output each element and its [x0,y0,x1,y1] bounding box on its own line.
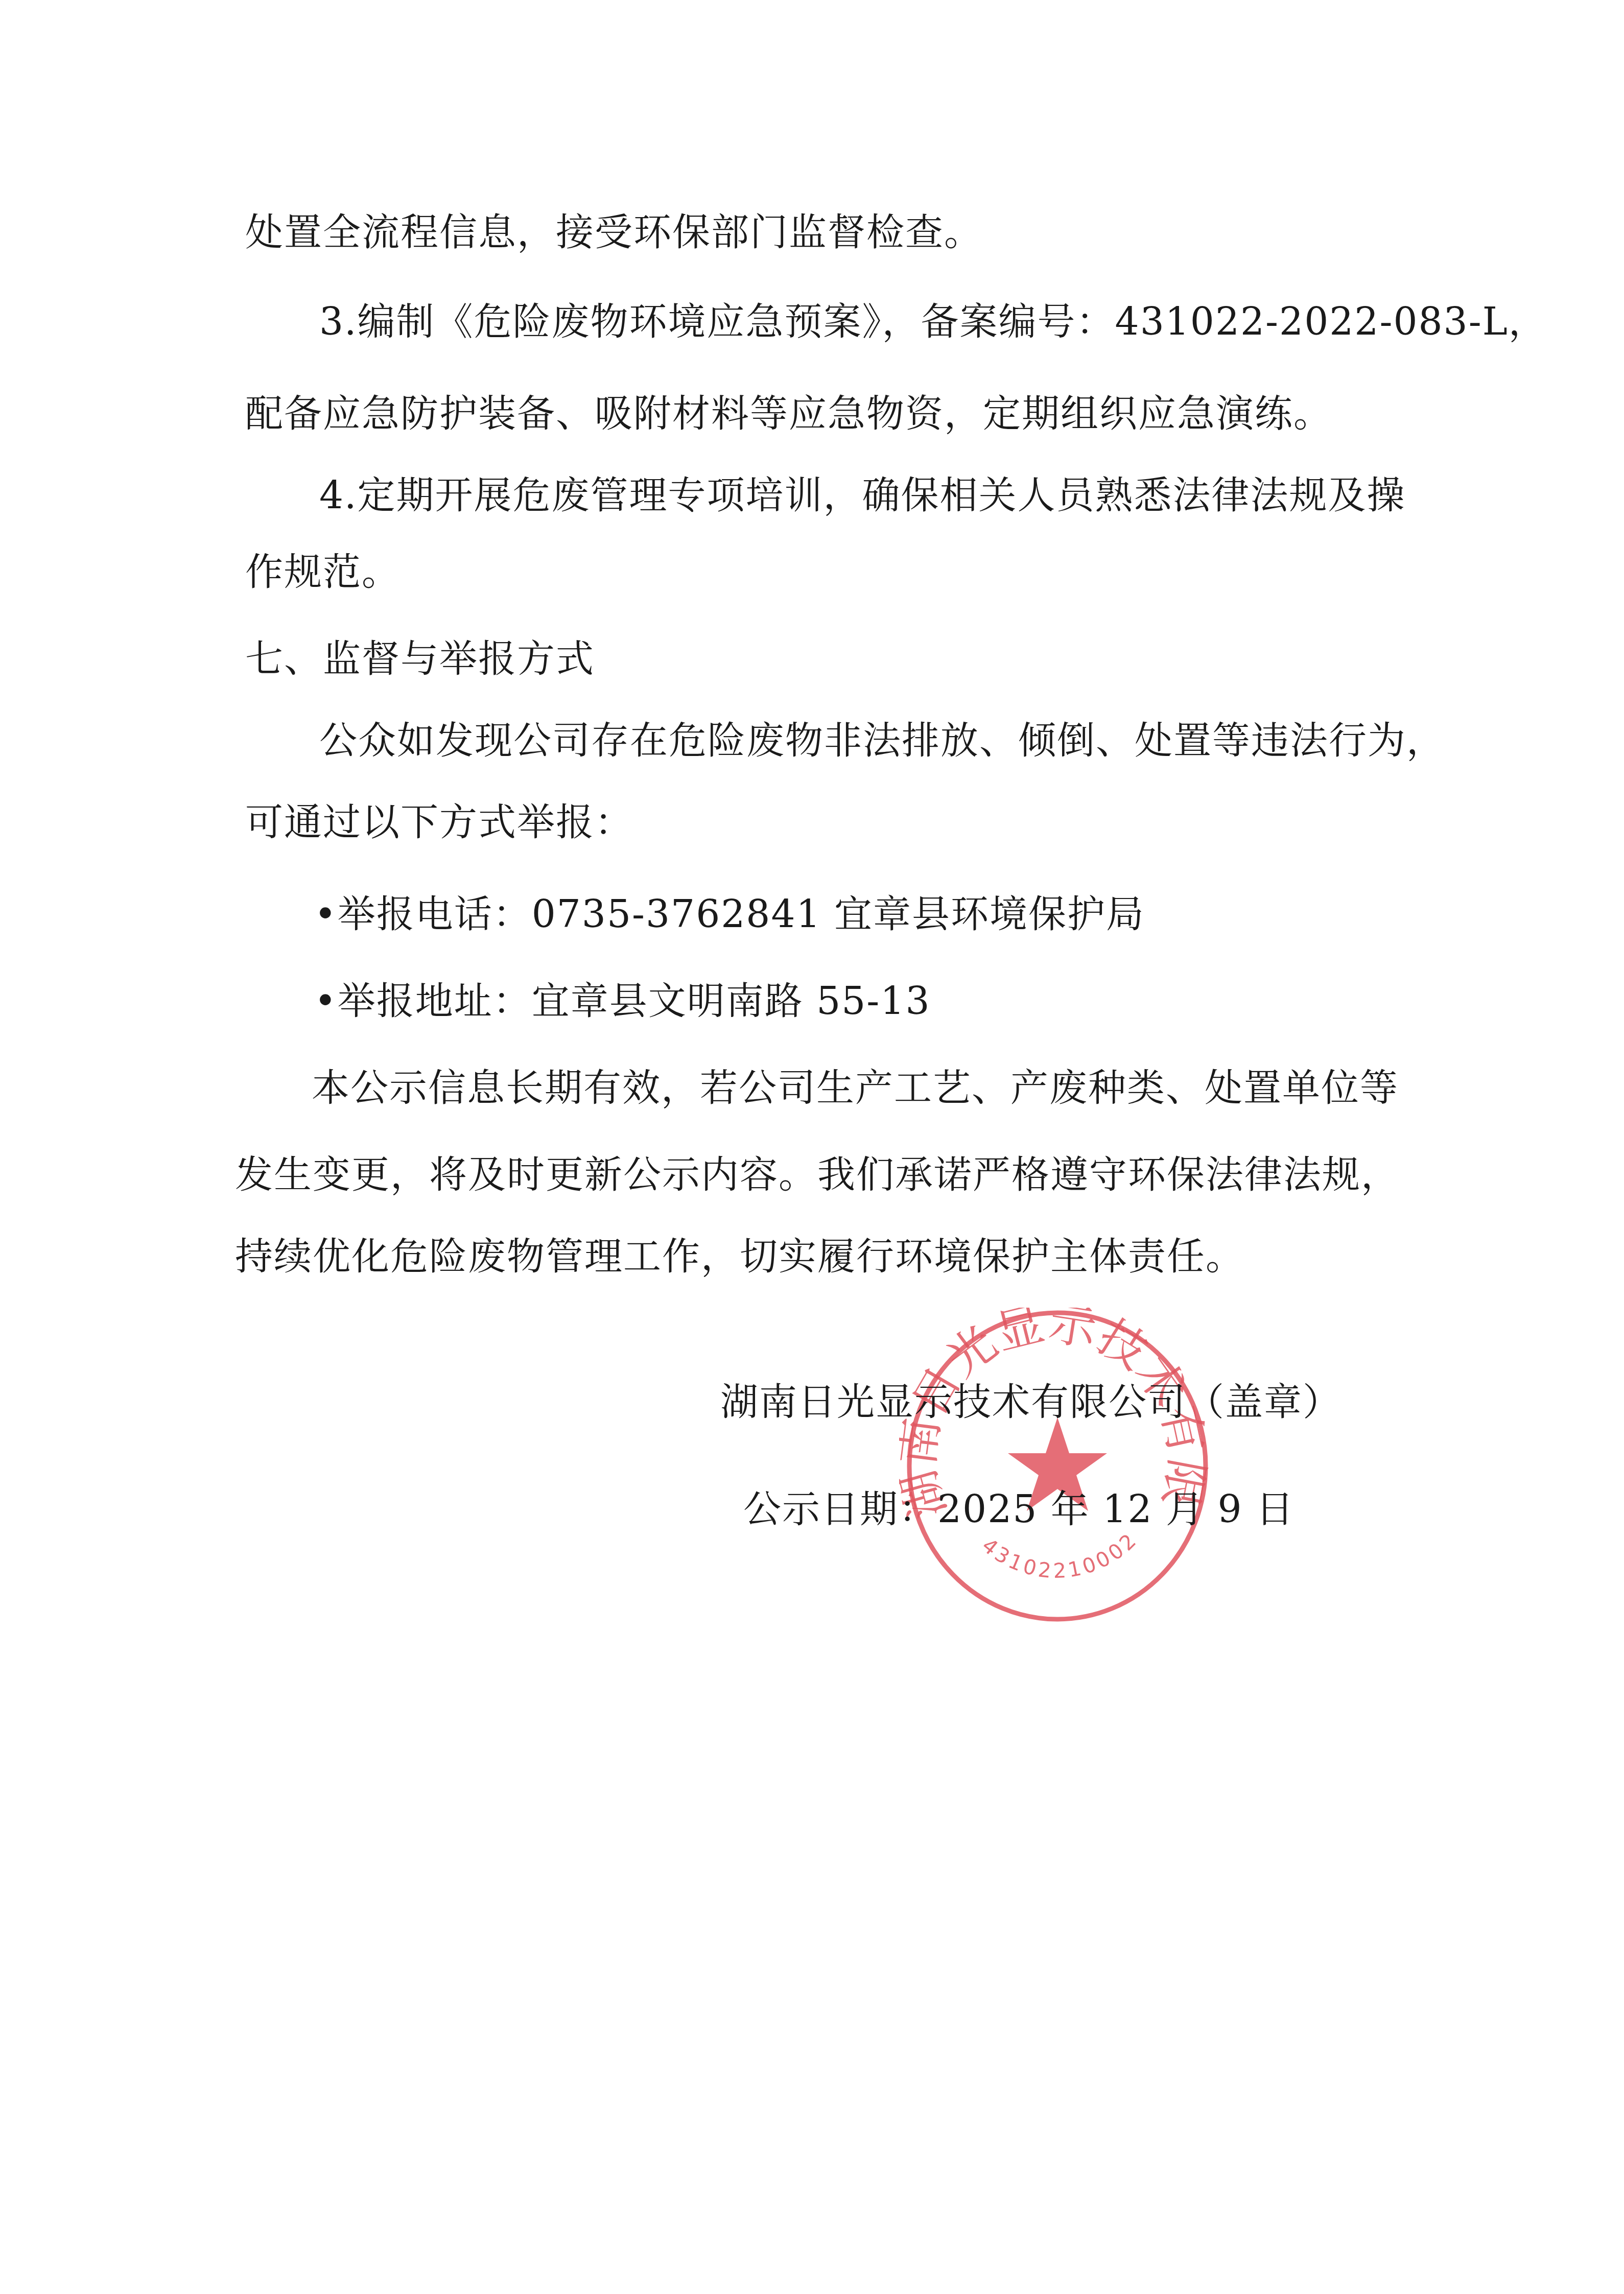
paragraph-line: 配备应急防护装备、吸附材料等应急物资，定期组织应急演练。 [245,388,1332,439]
paragraph-line: 发生变更，将及时更新公示内容。我们承诺严格遵守环保法律法规， [235,1149,1400,1200]
paragraph-line: 处置全流程信息，接受环保部门监督检查。 [245,207,983,258]
paragraph-line: 本公示信息长期有效，若公司生产工艺、产废种类、处置单位等 [312,1062,1399,1114]
section-heading: 七、监督与举报方式 [245,633,595,684]
report-address-item: •举报地址：宜章县文明南路 55-13 [314,976,931,1027]
publication-date: 公示日期：2025 年 12 月 9 日 [743,1484,1295,1535]
paragraph-line: 可通过以下方式举报： [245,797,633,848]
paragraph-line: 4.定期开展危废管理专项培训，确保相关人员熟悉法律法规及操 [319,470,1406,521]
paragraph-line: 公众如发现公司存在危险废物非法排放、倾倒、处置等违法行为， [319,715,1445,766]
paragraph-line: 3.编制《危险废物环境应急预案》，备案编号：431022-2022-083-L， [319,296,1547,347]
paragraph-line: 持续优化危险废物管理工作，切实履行环境保护主体责任。 [235,1231,1244,1282]
paragraph-line: 作规范。 [245,547,401,598]
document-page: 处置全流程信息，接受环保部门监督检查。 3.编制《危险废物环境应急预案》，备案编… [0,0,1624,2294]
report-phone-item: •举报电话：0735-3762841 宜章县环境保护局 [314,889,1145,940]
company-seal-icon: 湖南日光显示技术有限公司 4310221000293 [899,1308,1216,1624]
company-signature: 湖南日光显示技术有限公司（盖章） [720,1377,1341,1428]
